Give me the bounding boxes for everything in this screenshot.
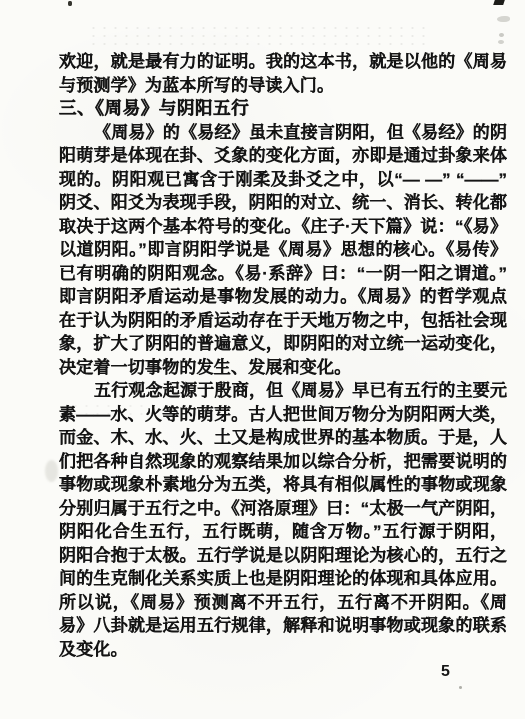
text-line: 与预测学》为蓝本所写的导读入门。	[59, 74, 507, 98]
text-block: 欢迎，就是最有力的证明。我的这本书，就是以他的《周易 与预测学》为蓝本所写的导读…	[59, 50, 507, 661]
text-line: 欢迎，就是最有力的证明。我的这本书，就是以他的《周易	[59, 50, 507, 74]
scan-artifact	[493, 0, 505, 5]
text-line: 阴爻、阳爻为表现手段，阴阳的对立、统一、消长、转化都	[59, 191, 507, 215]
text-line: 取决于这两个基本符号的变化。《庄子·天下篇》说：“《易》	[59, 215, 507, 239]
text-line: 决定着一切事物的发生、发展和变化。	[59, 356, 507, 380]
text-line: 阴阳合抱于太极。五行学说是以阴阳理论为核心的，五行之	[59, 544, 507, 568]
scan-noise	[88, 24, 428, 48]
text-line: 及变化。	[59, 638, 507, 662]
scan-artifact	[45, 460, 58, 482]
text-line: 所以说，《周易》预测离不开五行，五行离不开阴阳。《周	[59, 591, 507, 615]
text-line: 阳萌芽是体现在卦、爻象的变化方面，亦即是通过卦象来体	[59, 144, 507, 168]
text-line: 《周易》的《易经》虽未直接言阴阳，但《易经》的阴	[59, 121, 507, 145]
text-line: 素——水、火等的萌芽。古人把世间万物分为阴阳两大类，	[59, 403, 507, 427]
text-line: 即言阴阳矛盾运动是事物发展的动力。《周易》的哲学观点	[59, 285, 507, 309]
text-line: 象，扩大了阴阳的普遍意义，即阴阳的对立统一运动变化，	[59, 332, 507, 356]
text-line: 以道阴阳。”即言阴阳学说是《周易》思想的核心。《易传》	[59, 238, 507, 262]
text-line: 五行观念起源于殷商，但《周易》早已有五行的主要元	[59, 379, 507, 403]
text-line: 间的生克制化关系实质上也是阴阳理论的体现和具体应用。	[59, 567, 507, 591]
text-line: 事物或现象朴素地分为五类，将具有相似属性的事物或现象	[59, 473, 507, 497]
text-line: 易》八卦就是运用五行规律，解释和说明事物或现象的联系	[59, 614, 507, 638]
text-line: 阴阳化合生五行，五行既萌，随含万物。”五行源于阴阳，	[59, 520, 507, 544]
scan-artifact	[68, 1, 72, 6]
text-line: 在于认为阴阳的矛盾运动存在于天地万物之中，包括社会现	[59, 309, 507, 333]
scan-artifact	[459, 686, 462, 689]
text-line: 而金、木、水、火、土又是构成世界的基本物质。于是，人	[59, 426, 507, 450]
text-line: 现的。阴阳观已寓含于刚柔及卦爻之中，以“— —” “——”	[59, 168, 507, 192]
scan-artifact	[497, 16, 510, 22]
text-line: 们把各种自然现象的观察结果加以综合分析，把需要说明的	[59, 450, 507, 474]
scan-artifact	[499, 33, 504, 37]
text-line: 分别归属于五行之中。《河洛原理》曰：“太极一气产阴阳，	[59, 497, 507, 521]
scan-artifact	[498, 40, 504, 44]
section-heading: 三、《周易》与阴阳五行	[59, 97, 507, 121]
scanned-book-page: 欢迎，就是最有力的证明。我的这本书，就是以他的《周易 与预测学》为蓝本所写的导读…	[0, 0, 525, 719]
page-number: 5	[441, 663, 450, 681]
text-line: 已有明确的阴阳观念。《易·系辞》曰：“一阴一阳之谓道。”	[59, 262, 507, 286]
